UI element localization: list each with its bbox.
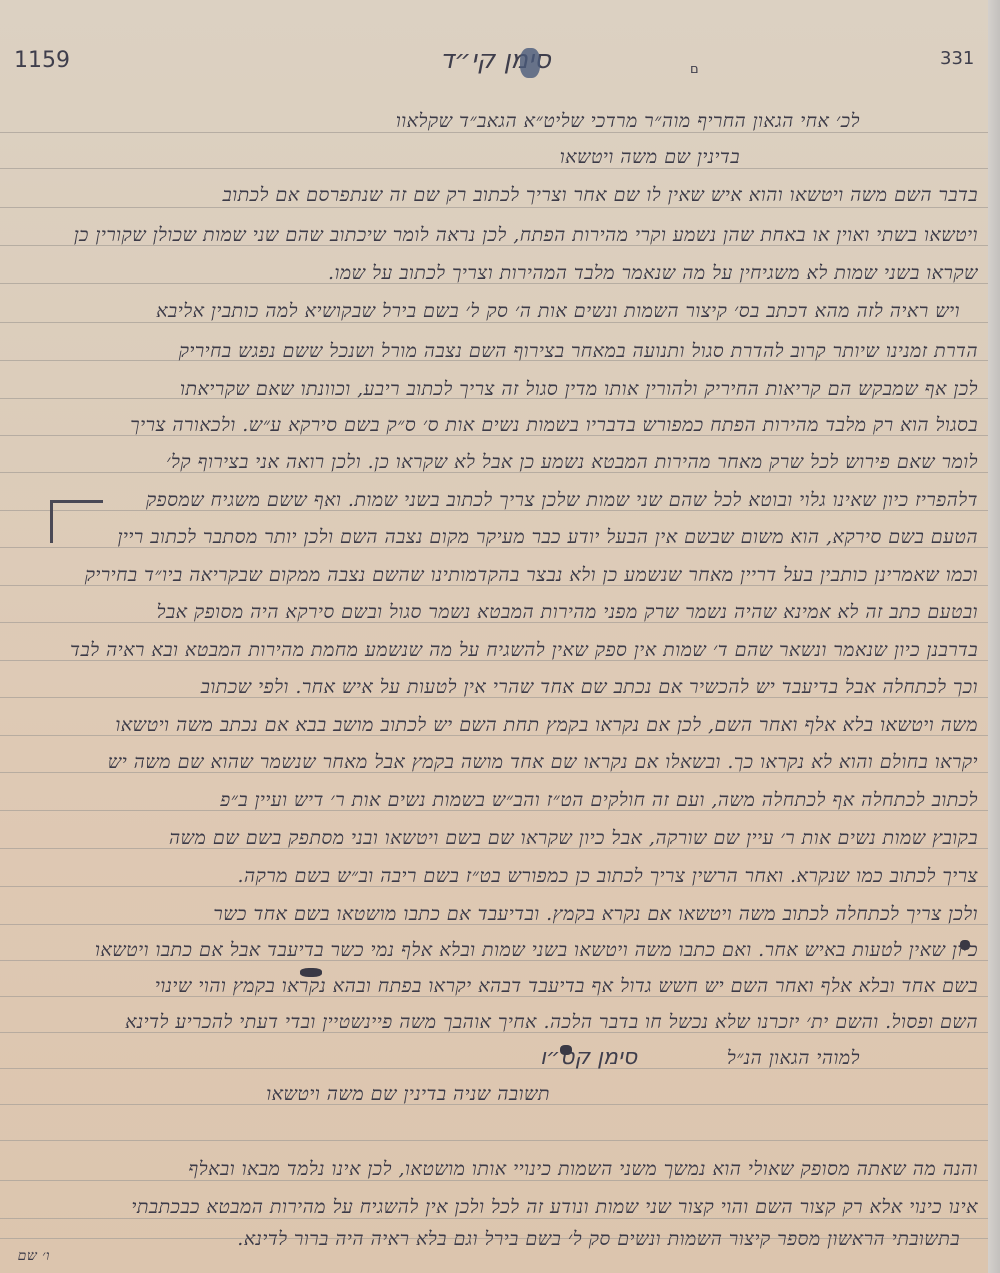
body-line: והנה מה שאתה מסופק שאולי הוא נמשך משני ה… xyxy=(3,1158,978,1181)
body-line: הדרת זמנינו שיותר קרוב להדרת סגול ותנועה… xyxy=(3,340,978,363)
page-edge xyxy=(988,0,1000,1273)
crossed-out-letter xyxy=(520,48,540,78)
body-line: הטעם בשם סירקא, הוא משום שבשם אין הבעל י… xyxy=(3,526,978,549)
body-line: ויטשאו בשתי ואוין או באחת שהן נשמע וקרי … xyxy=(3,224,978,247)
ink-blot xyxy=(300,968,322,977)
body-line: יקראו בחולם והוא לא נקראו כך. ובשאלו אם … xyxy=(3,751,978,774)
body-line: שקראו בשני שמות לא משגיחין על מה שנאמר מ… xyxy=(3,262,978,285)
page-number-right: 331 xyxy=(940,48,974,69)
body-line: השם ופסול. והשם ית׳ יזכרנו שלא נכשל חו ב… xyxy=(3,1011,978,1034)
body-line: לכן אף שמבקש הם קריאות החיריק ולהורין או… xyxy=(3,378,978,401)
page-number-left: 1159 xyxy=(14,48,70,73)
ink-blot xyxy=(960,940,970,950)
rule xyxy=(0,1140,990,1141)
ink-blot xyxy=(560,1045,572,1055)
body-line: וכמו שאמרינן כותבין בעל דריין מאחר שנשמע… xyxy=(3,564,978,587)
siman-114-heading-line-1: לכ׳ אחי הגאון החריף מוה״ר מרדכי שליט״א ה… xyxy=(240,110,860,133)
body-line: לומר שאם פירוש לכל שרק מאחר מהירות המבטא… xyxy=(3,451,978,474)
body-line: כיון שאין לטעות באיש אחר. ואם כתבו משה ו… xyxy=(3,939,978,962)
manuscript-page: 1159 331 ם סימן קי״ד לכ׳ אחי הגאון החריף… xyxy=(0,0,990,1273)
body-line: דלהפריז כיון שאינו גלוי ובוטא לכל שהם שנ… xyxy=(3,489,978,512)
body-line: אינו כינוי אלא רק קצור השם והוי קצור שני… xyxy=(3,1196,978,1219)
body-line: ויש ראיה לזה מהא דכתב בס׳ קיצור השמות ונ… xyxy=(0,300,960,323)
body-line: ובטעם כתב זה לא אמינא שהיה נשמר שרק מפני… xyxy=(3,601,978,624)
siman-115-heading-line-2: תשובה שניה בדינין שם משה ויטשאו xyxy=(130,1083,550,1106)
body-line: משה ויטשאו בלא אלף ואחר השם, לכן אם נקרא… xyxy=(3,714,978,737)
body-line: ו׳ שם xyxy=(10,1248,50,1265)
siman-115-heading-line-1: למוהי הגאון הנ״ל xyxy=(530,1047,860,1070)
body-line: ולכן צריך לכתחלה לכתוב משה ויטשאו אם נקר… xyxy=(3,903,978,926)
body-line: בתשובתי הראשון מספר קיצור השמות ונשים סק… xyxy=(0,1228,960,1251)
body-line: בקובץ שמות נשים אות ר׳ עיין שם שורקה, אב… xyxy=(3,827,978,850)
body-line: צריך לכתוב כמו שנקרא. ואחר הרשין צריך לכ… xyxy=(3,865,978,888)
top-mark: ם xyxy=(690,62,699,77)
body-line: לכתוב לכתחלה אף לכתחלה משה, ועם זה חולקי… xyxy=(3,789,978,812)
siman-114-heading-line-2: בדינין שם משה ויטשאו xyxy=(340,146,740,169)
body-line: בסגול הוא רק מלבד מהירות הפתח כמפורש בדב… xyxy=(3,414,978,437)
rule xyxy=(0,207,990,208)
body-line: בדבר השם משה ויטשאו והוא איש שאין לו שם … xyxy=(8,184,978,207)
body-line: וכך לכתחלה אבל בדיעבד יש להכשיר אם נכתב … xyxy=(3,676,978,699)
body-line: בשם אחד ובלא אלף ואחר השם יש חשש גדול אף… xyxy=(3,975,978,998)
body-line: בדרבנן כיון שנאמר ונשאר שהם ד׳ שמות אין … xyxy=(3,639,978,662)
boxed-correction xyxy=(50,500,103,543)
